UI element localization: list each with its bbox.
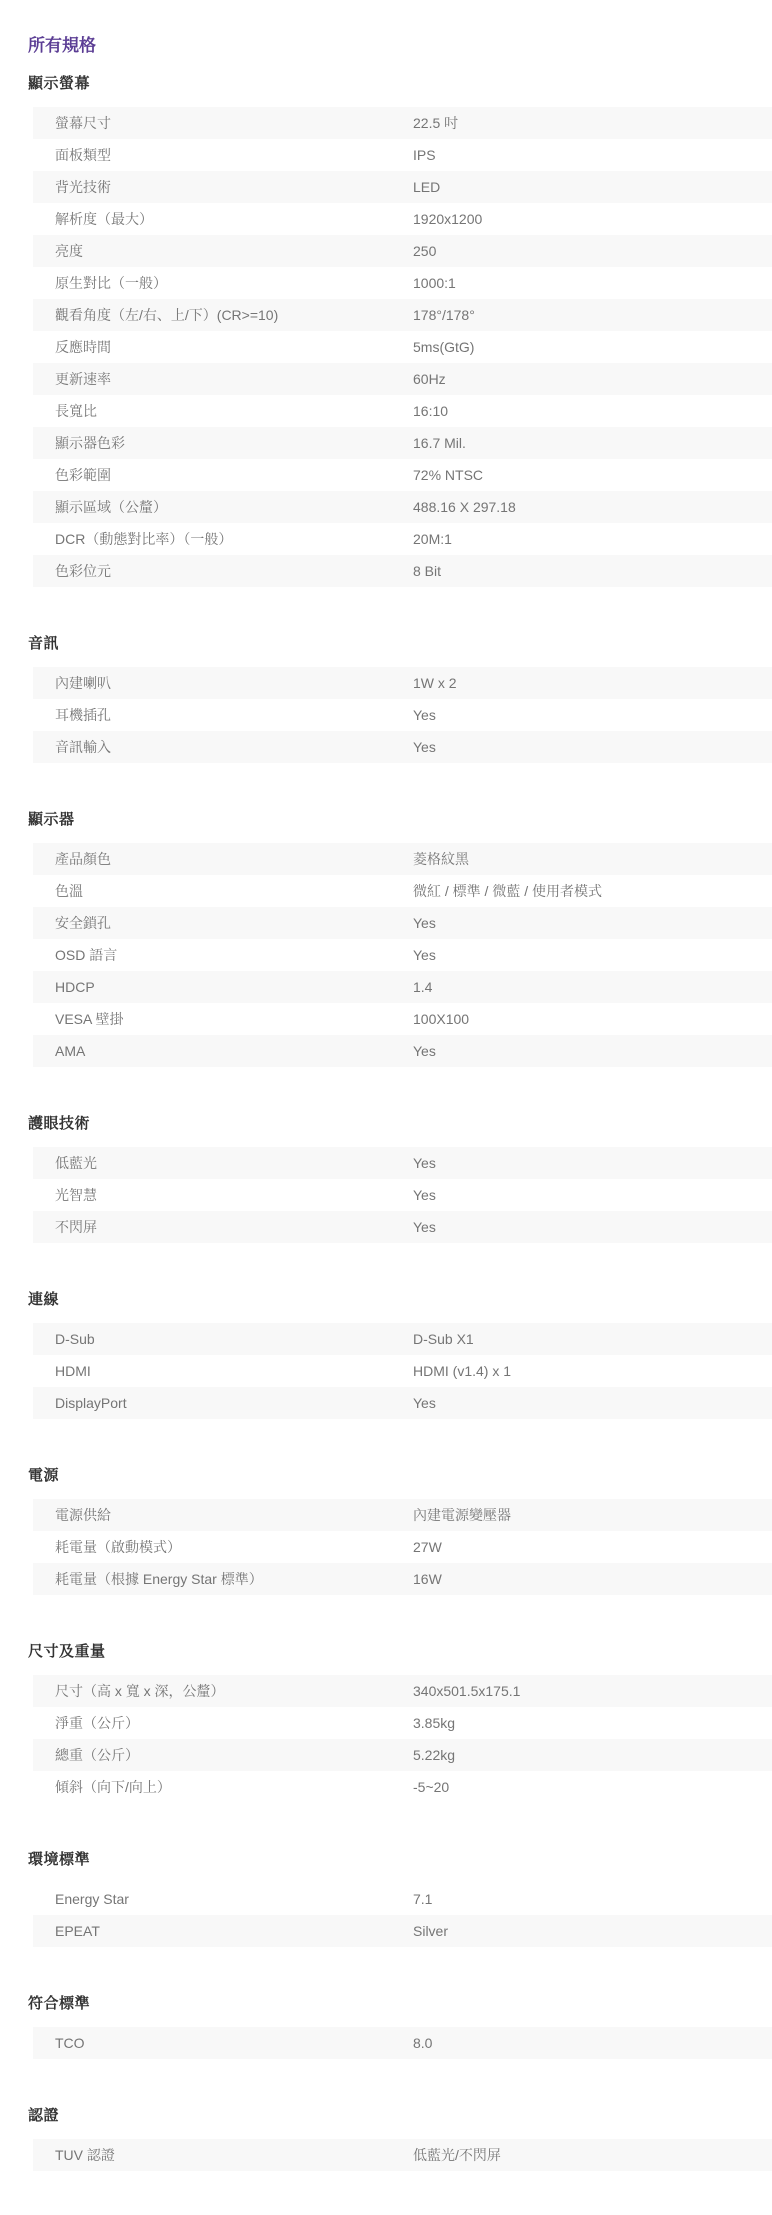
spec-row: 色彩範圍 72% NTSC xyxy=(33,459,772,491)
spec-row: 色溫 微紅 / 標準 / 微藍 / 使用者模式 xyxy=(33,875,772,907)
spec-section: 環境標準 Energy Star 7.1 EPEAT Silver xyxy=(0,1849,772,1947)
spec-row: 亮度 250 xyxy=(33,235,772,267)
spec-value: 微紅 / 標準 / 微藍 / 使用者模式 xyxy=(413,881,772,901)
spec-label: 電源供給 xyxy=(55,1505,413,1525)
spec-label: 傾斜（向下/向上） xyxy=(55,1777,413,1797)
spec-row: 耗電量（根據 Energy Star 標準） 16W xyxy=(33,1563,772,1595)
spec-label: 顯示器色彩 xyxy=(55,433,413,453)
spec-value: Yes xyxy=(413,1219,772,1235)
spec-row: 安全鎖孔 Yes xyxy=(33,907,772,939)
section-heading: 護眼技術 xyxy=(28,1113,744,1134)
spec-row: EPEAT Silver xyxy=(33,1915,772,1947)
spec-section: 連線 D-Sub D-Sub X1 HDMI HDMI (v1.4) x 1 D… xyxy=(0,1289,772,1419)
spec-value: 16:10 xyxy=(413,403,772,419)
spec-value: 菱格紋黑 xyxy=(413,849,772,869)
spec-value: HDMI (v1.4) x 1 xyxy=(413,1363,772,1379)
spec-row: 耗電量（啟動模式） 27W xyxy=(33,1531,772,1563)
spec-sections: 顯示螢幕 螢幕尺寸 22.5 吋 面板類型 IPS 背光技術 LED 解析度（最… xyxy=(0,73,772,2171)
spec-value: 5.22kg xyxy=(413,1747,772,1763)
spec-row: DCR（動態對比率）（一般） 20M:1 xyxy=(33,523,772,555)
spec-page: 所有規格 顯示螢幕 螢幕尺寸 22.5 吋 面板類型 IPS 背光技術 LED … xyxy=(0,0,772,2215)
spec-label: 產品顏色 xyxy=(55,849,413,869)
spec-label: TUV 認證 xyxy=(55,2145,413,2165)
section-heading: 電源 xyxy=(28,1465,744,1486)
spec-label: Energy Star xyxy=(55,1891,413,1907)
spec-section: 顯示器 產品顏色 菱格紋黑 色溫 微紅 / 標準 / 微藍 / 使用者模式 安全… xyxy=(0,809,772,1067)
spec-value: -5~20 xyxy=(413,1779,772,1795)
spec-label: TCO xyxy=(55,2035,413,2051)
spec-label: 內建喇叭 xyxy=(55,673,413,693)
spec-label: HDCP xyxy=(55,979,413,995)
spec-label: 光智慧 xyxy=(55,1185,413,1205)
spec-table: 內建喇叭 1W x 2 耳機插孔 Yes 音訊輸入 Yes xyxy=(33,667,772,763)
spec-section: 尺寸及重量 尺寸（高 x 寬 x 深，公釐） 340x501.5x175.1 淨… xyxy=(0,1641,772,1803)
spec-label: D-Sub xyxy=(55,1331,413,1347)
spec-value: 20M:1 xyxy=(413,531,772,547)
spec-label: HDMI xyxy=(55,1363,413,1379)
spec-value: 250 xyxy=(413,243,772,259)
spec-label: 背光技術 xyxy=(55,177,413,197)
spec-value: 1000:1 xyxy=(413,275,772,291)
spec-value: 340x501.5x175.1 xyxy=(413,1683,772,1699)
section-heading: 連線 xyxy=(28,1289,744,1310)
spec-row: 耳機插孔 Yes xyxy=(33,699,772,731)
spec-row: 電源供給 內建電源變壓器 xyxy=(33,1499,772,1531)
spec-section: 認證 TUV 認證 低藍光/不閃屏 xyxy=(0,2105,772,2171)
spec-value: 7.1 xyxy=(413,1891,772,1907)
spec-value: Yes xyxy=(413,1187,772,1203)
spec-row: 背光技術 LED xyxy=(33,171,772,203)
spec-row: 面板類型 IPS xyxy=(33,139,772,171)
spec-row: Energy Star 7.1 xyxy=(33,1883,772,1915)
spec-label: 總重（公斤） xyxy=(55,1745,413,1765)
spec-label: 面板類型 xyxy=(55,145,413,165)
spec-row: 更新速率 60Hz xyxy=(33,363,772,395)
spec-value: 22.5 吋 xyxy=(413,113,772,133)
spec-value: Yes xyxy=(413,1155,772,1171)
spec-table: 產品顏色 菱格紋黑 色溫 微紅 / 標準 / 微藍 / 使用者模式 安全鎖孔 Y… xyxy=(33,843,772,1067)
spec-row: 淨重（公斤） 3.85kg xyxy=(33,1707,772,1739)
spec-value: 16W xyxy=(413,1571,772,1587)
spec-row: AMA Yes xyxy=(33,1035,772,1067)
spec-table: TCO 8.0 xyxy=(33,2027,772,2059)
spec-label: 更新速率 xyxy=(55,369,413,389)
spec-table: 螢幕尺寸 22.5 吋 面板類型 IPS 背光技術 LED 解析度（最大） 19… xyxy=(33,107,772,587)
spec-row: 光智慧 Yes xyxy=(33,1179,772,1211)
spec-section: 音訊 內建喇叭 1W x 2 耳機插孔 Yes 音訊輸入 Yes xyxy=(0,633,772,763)
spec-row: 內建喇叭 1W x 2 xyxy=(33,667,772,699)
spec-row: 顯示器色彩 16.7 Mil. xyxy=(33,427,772,459)
spec-row: 產品顏色 菱格紋黑 xyxy=(33,843,772,875)
spec-row: 總重（公斤） 5.22kg xyxy=(33,1739,772,1771)
spec-row: 觀看角度（左/右、上/下）(CR>=10) 178°/178° xyxy=(33,299,772,331)
spec-value: D-Sub X1 xyxy=(413,1331,772,1347)
spec-row: 色彩位元 8 Bit xyxy=(33,555,772,587)
spec-value: Yes xyxy=(413,739,772,755)
section-heading: 環境標準 xyxy=(28,1849,744,1870)
spec-label: 色彩位元 xyxy=(55,561,413,581)
spec-section: 護眼技術 低藍光 Yes 光智慧 Yes 不閃屏 Yes xyxy=(0,1113,772,1243)
spec-row: 長寬比 16:10 xyxy=(33,395,772,427)
spec-row: OSD 語言 Yes xyxy=(33,939,772,971)
section-heading: 顯示螢幕 xyxy=(28,73,744,94)
spec-label: 不閃屏 xyxy=(55,1217,413,1237)
spec-value: 8 Bit xyxy=(413,563,772,579)
spec-label: 低藍光 xyxy=(55,1153,413,1173)
spec-label: 色溫 xyxy=(55,881,413,901)
spec-value: Yes xyxy=(413,1395,772,1411)
spec-label: EPEAT xyxy=(55,1923,413,1939)
spec-row: HDMI HDMI (v1.4) x 1 xyxy=(33,1355,772,1387)
spec-value: Yes xyxy=(413,1043,772,1059)
spec-value: 1.4 xyxy=(413,979,772,995)
spec-label: 耳機插孔 xyxy=(55,705,413,725)
spec-value: 5ms(GtG) xyxy=(413,339,772,355)
spec-row: VESA 壁掛 100X100 xyxy=(33,1003,772,1035)
spec-value: IPS xyxy=(413,147,772,163)
spec-row: 傾斜（向下/向上） -5~20 xyxy=(33,1771,772,1803)
page-title: 所有規格 xyxy=(28,34,744,58)
spec-row: D-Sub D-Sub X1 xyxy=(33,1323,772,1355)
spec-table: 電源供給 內建電源變壓器 耗電量（啟動模式） 27W 耗電量（根據 Energy… xyxy=(33,1499,772,1595)
spec-row: 顯示區域（公釐） 488.16 X 297.18 xyxy=(33,491,772,523)
spec-value: 72% NTSC xyxy=(413,467,772,483)
section-heading: 認證 xyxy=(28,2105,744,2126)
spec-value: 3.85kg xyxy=(413,1715,772,1731)
spec-value: Yes xyxy=(413,947,772,963)
spec-section: 符合標準 TCO 8.0 xyxy=(0,1993,772,2059)
spec-row: 解析度（最大） 1920x1200 xyxy=(33,203,772,235)
spec-row: 低藍光 Yes xyxy=(33,1147,772,1179)
spec-value: Yes xyxy=(413,707,772,723)
spec-row: HDCP 1.4 xyxy=(33,971,772,1003)
spec-value: LED xyxy=(413,179,772,195)
spec-table: D-Sub D-Sub X1 HDMI HDMI (v1.4) x 1 Disp… xyxy=(33,1323,772,1419)
spec-row: 原生對比（一般） 1000:1 xyxy=(33,267,772,299)
section-heading: 尺寸及重量 xyxy=(28,1641,744,1662)
spec-row: TUV 認證 低藍光/不閃屏 xyxy=(33,2139,772,2171)
spec-label: 淨重（公斤） xyxy=(55,1713,413,1733)
spec-row: TCO 8.0 xyxy=(33,2027,772,2059)
spec-value: 16.7 Mil. xyxy=(413,435,772,451)
spec-row: 反應時間 5ms(GtG) xyxy=(33,331,772,363)
spec-label: 長寬比 xyxy=(55,401,413,421)
spec-label: 解析度（最大） xyxy=(55,209,413,229)
spec-table: TUV 認證 低藍光/不閃屏 xyxy=(33,2139,772,2171)
section-heading: 符合標準 xyxy=(28,1993,744,2014)
spec-label: DCR（動態對比率）（一般） xyxy=(55,529,413,549)
spec-value: 1920x1200 xyxy=(413,211,772,227)
spec-label: OSD 語言 xyxy=(55,945,413,965)
spec-label: 原生對比（一般） xyxy=(55,273,413,293)
spec-label: VESA 壁掛 xyxy=(55,1009,413,1029)
spec-table: Energy Star 7.1 EPEAT Silver xyxy=(33,1883,772,1947)
spec-value: 488.16 X 297.18 xyxy=(413,499,772,515)
spec-section: 電源 電源供給 內建電源變壓器 耗電量（啟動模式） 27W 耗電量（根據 Ene… xyxy=(0,1465,772,1595)
spec-label: 安全鎖孔 xyxy=(55,913,413,933)
spec-label: 耗電量（啟動模式） xyxy=(55,1537,413,1557)
spec-value: 低藍光/不閃屏 xyxy=(413,2145,772,2165)
spec-value: 60Hz xyxy=(413,371,772,387)
spec-value: 8.0 xyxy=(413,2035,772,2051)
spec-row: 螢幕尺寸 22.5 吋 xyxy=(33,107,772,139)
spec-table: 低藍光 Yes 光智慧 Yes 不閃屏 Yes xyxy=(33,1147,772,1243)
spec-value: Silver xyxy=(413,1923,772,1939)
spec-label: 亮度 xyxy=(55,241,413,261)
spec-label: 尺寸（高 x 寬 x 深，公釐） xyxy=(55,1681,413,1701)
section-heading: 音訊 xyxy=(28,633,744,654)
spec-value: 27W xyxy=(413,1539,772,1555)
spec-label: 觀看角度（左/右、上/下）(CR>=10) xyxy=(55,305,413,325)
spec-label: 耗電量（根據 Energy Star 標準） xyxy=(55,1569,413,1589)
spec-label: 顯示區域（公釐） xyxy=(55,497,413,517)
spec-row: 不閃屏 Yes xyxy=(33,1211,772,1243)
spec-label: 反應時間 xyxy=(55,337,413,357)
spec-value: 內建電源變壓器 xyxy=(413,1505,772,1525)
spec-value: Yes xyxy=(413,915,772,931)
spec-section: 顯示螢幕 螢幕尺寸 22.5 吋 面板類型 IPS 背光技術 LED 解析度（最… xyxy=(0,73,772,587)
section-heading: 顯示器 xyxy=(28,809,744,830)
spec-row: 音訊輸入 Yes xyxy=(33,731,772,763)
spec-value: 1W x 2 xyxy=(413,675,772,691)
spec-label: 螢幕尺寸 xyxy=(55,113,413,133)
spec-value: 178°/178° xyxy=(413,307,772,323)
spec-row: DisplayPort Yes xyxy=(33,1387,772,1419)
spec-table: 尺寸（高 x 寬 x 深，公釐） 340x501.5x175.1 淨重（公斤） … xyxy=(33,1675,772,1803)
spec-label: DisplayPort xyxy=(55,1395,413,1411)
spec-label: AMA xyxy=(55,1043,413,1059)
spec-row: 尺寸（高 x 寬 x 深，公釐） 340x501.5x175.1 xyxy=(33,1675,772,1707)
spec-label: 色彩範圍 xyxy=(55,465,413,485)
spec-label: 音訊輸入 xyxy=(55,737,413,757)
spec-value: 100X100 xyxy=(413,1011,772,1027)
